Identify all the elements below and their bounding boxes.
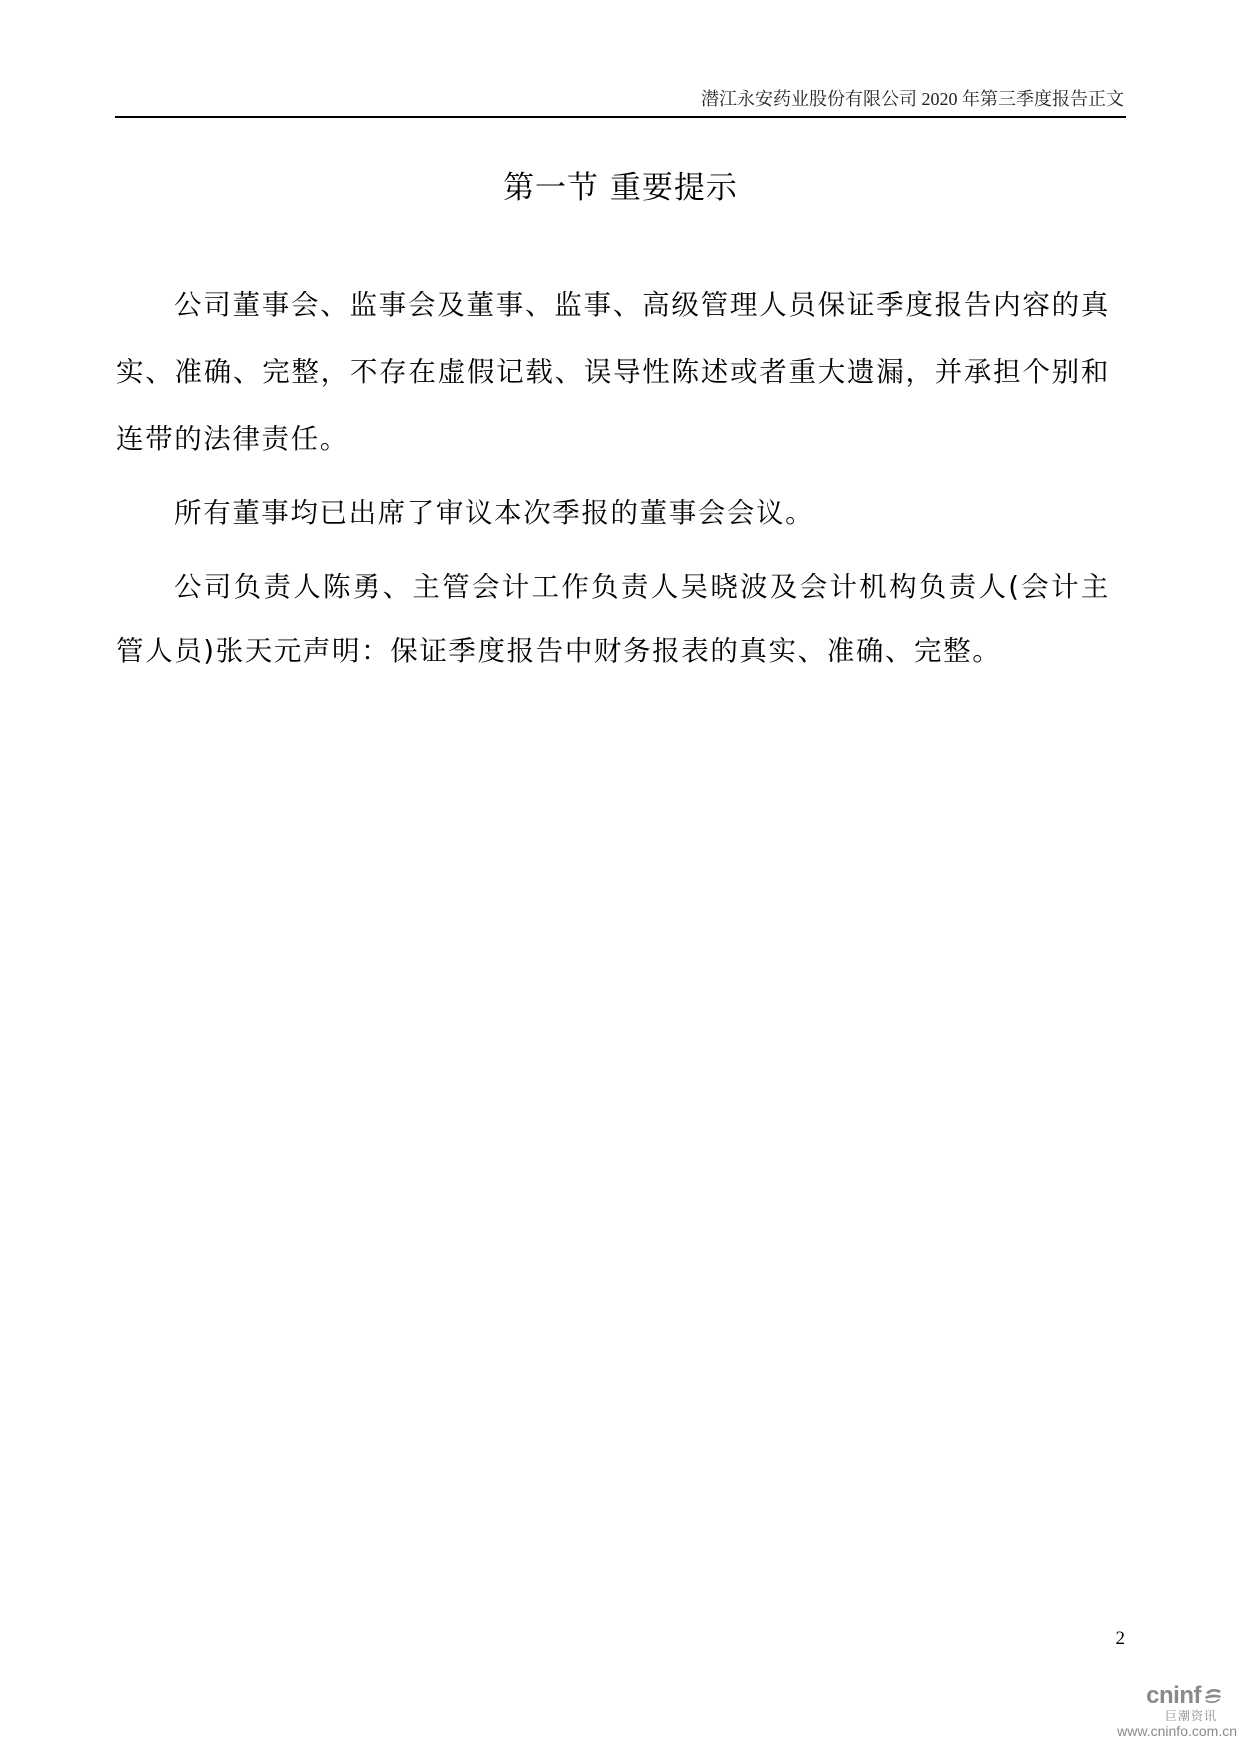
page-header: 潜江永安药业股份有限公司 2020 年第三季度报告正文 <box>115 88 1126 118</box>
paragraph-responsibility-statement: 公司董事会、监事会及董事、监事、高级管理人员保证季度报告内容的真实、准确、完整，… <box>116 272 1110 473</box>
paragraph-director-attendance: 所有董事均已出席了审议本次季报的董事会会议。 <box>116 480 1110 547</box>
watermark-url: www.cninfo.com.cn <box>1115 1723 1237 1739</box>
section-title: 第一节 重要提示 <box>0 168 1241 208</box>
watermark-brand: cninf <box>1146 1684 1201 1708</box>
page-number: 2 <box>1116 1628 1126 1650</box>
running-title: 潜江永安药业股份有限公司 2020 年第三季度报告正文 <box>701 88 1124 110</box>
cninfo-watermark: cninf 巨潮资讯 www.cninfo.com.cn <box>1115 1684 1237 1739</box>
paragraph-financial-statement-declaration: 公司负责人陈勇、主管会计工作负责人吴晓波及会计机构负责人(会计主管人员)张天元声… <box>116 555 1110 683</box>
watermark-brand-row: cninf <box>1115 1684 1237 1708</box>
cninfo-swirl-logo-icon <box>1203 1686 1223 1706</box>
body-content: 公司董事会、监事会及董事、监事、高级管理人员保证季度报告内容的真实、准确、完整，… <box>116 272 1110 683</box>
watermark-chinese-name: 巨潮资讯 <box>1115 1709 1237 1723</box>
